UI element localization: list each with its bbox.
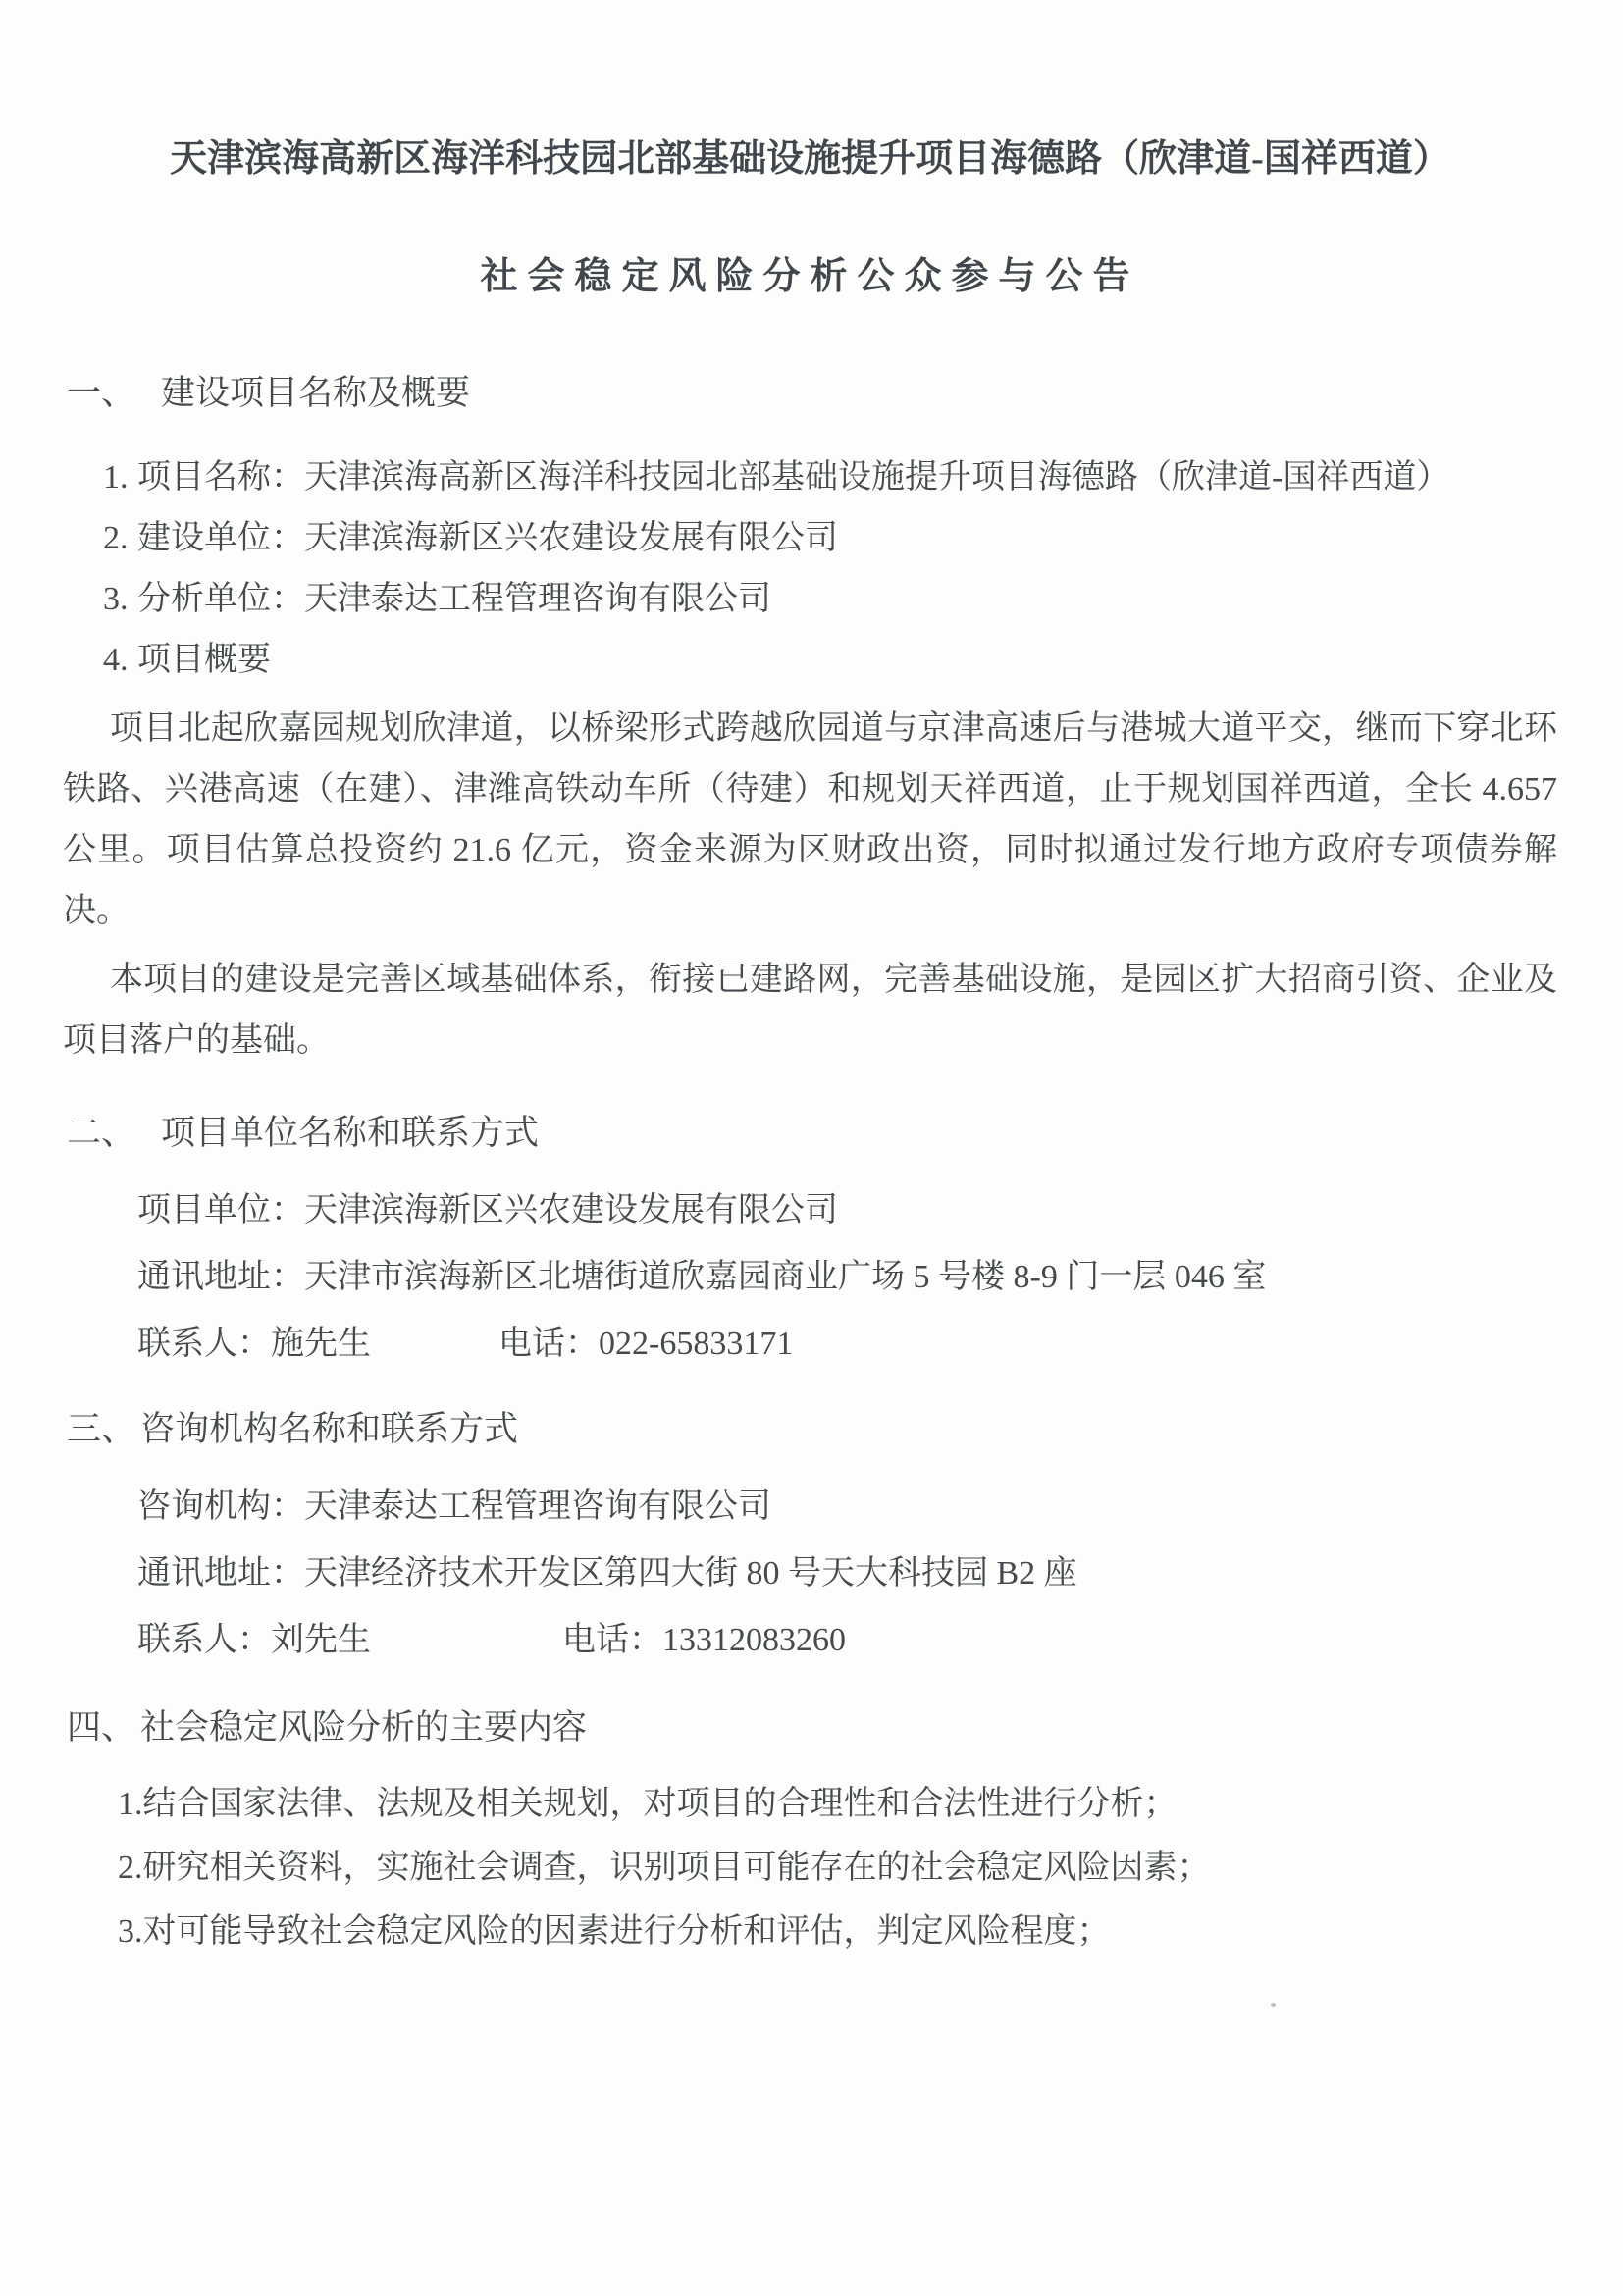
project-overview-paragraph: 项目北起欣嘉园规划欣津道，以桥梁形式跨越欣园道与京津高速后与港城大道平交，继而下… (63, 699, 1557, 942)
contact-person: 联系人：施先生 (137, 1326, 371, 1362)
section4-heading-text: 社会稳定风险分析的主要内容 (140, 1708, 587, 1747)
item-text: 项目概要 (137, 642, 271, 678)
section1-item-list: 1.项目名称：天津滨海高新区海洋科技园北部基础设施提升项目海德路（欣津道-国祥西… (63, 447, 1557, 691)
phone-number: 电话：13312083260 (562, 1622, 846, 1658)
list-item-project-name: 1.项目名称：天津滨海高新区海洋科技园北部基础设施提升项目海德路（欣津道-国祥西… (103, 447, 1557, 508)
item-text: 分析单位：天津泰达工程管理咨询有限公司 (137, 581, 771, 617)
section4-item-list: 1.结合国家法律、法规及相关规划，对项目的合理性和合法性进行分析； 2.研究相关… (63, 1772, 1557, 1963)
section3-heading-text: 咨询机构名称和联系方式 (140, 1410, 518, 1448)
section4-heading: 四、社会稳定风险分析的主要内容 (67, 1697, 1557, 1758)
section2-number: 二、 (67, 1114, 135, 1152)
contact-phone-line: 联系人：施先生电话：022-65833171 (137, 1311, 1557, 1378)
consulting-agency-line: 咨询机构：天津泰达工程管理咨询有限公司 (137, 1474, 1557, 1540)
item-number: 3. (103, 569, 137, 630)
item-text: 建设单位：天津滨海新区兴农建设发展有限公司 (137, 520, 838, 556)
mailing-address-line: 通讯地址：天津市滨海新区北塘街道欣嘉园商业广场 5 号楼 8-9 门一层 046… (137, 1244, 1557, 1311)
section1-heading-text: 建设项目名称及概要 (161, 374, 470, 412)
contact-person: 联系人：刘先生 (137, 1622, 371, 1658)
section4-number: 四、 (67, 1708, 135, 1747)
item-number: 1. (103, 447, 137, 508)
document-subtitle: 社会稳定风险分析公众参与公告 (63, 251, 1557, 302)
risk-analysis-item-3: 3.对可能导致社会稳定风险的因素进行分析和评估，判定风险程度； (118, 1900, 1557, 1963)
item-text: 项目名称：天津滨海高新区海洋科技园北部基础设施提升项目海德路（欣津道-国祥西道） (137, 459, 1449, 496)
project-unit-line: 项目单位：天津滨海新区兴农建设发展有限公司 (137, 1177, 1557, 1244)
document-title: 天津滨海高新区海洋科技园北部基础设施提升项目海德路（欣津道-国祥西道） (63, 133, 1557, 184)
risk-analysis-item-2: 2.研究相关资料，实施社会调查，识别项目可能存在的社会稳定风险因素； (118, 1836, 1557, 1900)
section3-contact-block: 咨询机构：天津泰达工程管理咨询有限公司 通讯地址：天津经济技术开发区第四大街 8… (137, 1474, 1557, 1674)
item-number: 2. (103, 508, 137, 569)
section3-heading: 三、咨询机构名称和联系方式 (67, 1399, 1557, 1460)
contact-phone-line: 联系人：刘先生电话：13312083260 (137, 1607, 1557, 1674)
section1-heading: 一、建设项目名称及概要 (67, 363, 1557, 424)
item-number: 4. (103, 630, 137, 691)
section1-number: 一、 (67, 374, 135, 412)
section3-number: 三、 (67, 1410, 135, 1448)
risk-analysis-item-1: 1.结合国家法律、法规及相关规划，对项目的合理性和合法性进行分析； (118, 1772, 1557, 1836)
section2-heading-text: 项目单位名称和联系方式 (161, 1114, 539, 1152)
list-item-project-summary: 4.项目概要 (103, 630, 1557, 691)
project-purpose-paragraph: 本项目的建设是完善区域基础体系，衔接已建路网，完善基础设施，是园区扩大招商引资、… (63, 950, 1557, 1071)
list-item-analysis-unit: 3.分析单位：天津泰达工程管理咨询有限公司 (103, 569, 1557, 630)
scanned-document-page: 天津滨海高新区海洋科技园北部基础设施提升项目海德路（欣津道-国祥西道） 社会稳定… (0, 0, 1623, 2296)
list-item-construction-unit: 2.建设单位：天津滨海新区兴农建设发展有限公司 (103, 508, 1557, 569)
phone-number: 电话：022-65833171 (498, 1326, 793, 1362)
section2-contact-block: 项目单位：天津滨海新区兴农建设发展有限公司 通讯地址：天津市滨海新区北塘街道欣嘉… (137, 1177, 1557, 1378)
mailing-address-line: 通讯地址：天津经济技术开发区第四大街 80 号天大科技园 B2 座 (137, 1540, 1557, 1607)
section2-heading: 二、项目单位名称和联系方式 (67, 1103, 1557, 1164)
scan-speck (1271, 2003, 1276, 2007)
